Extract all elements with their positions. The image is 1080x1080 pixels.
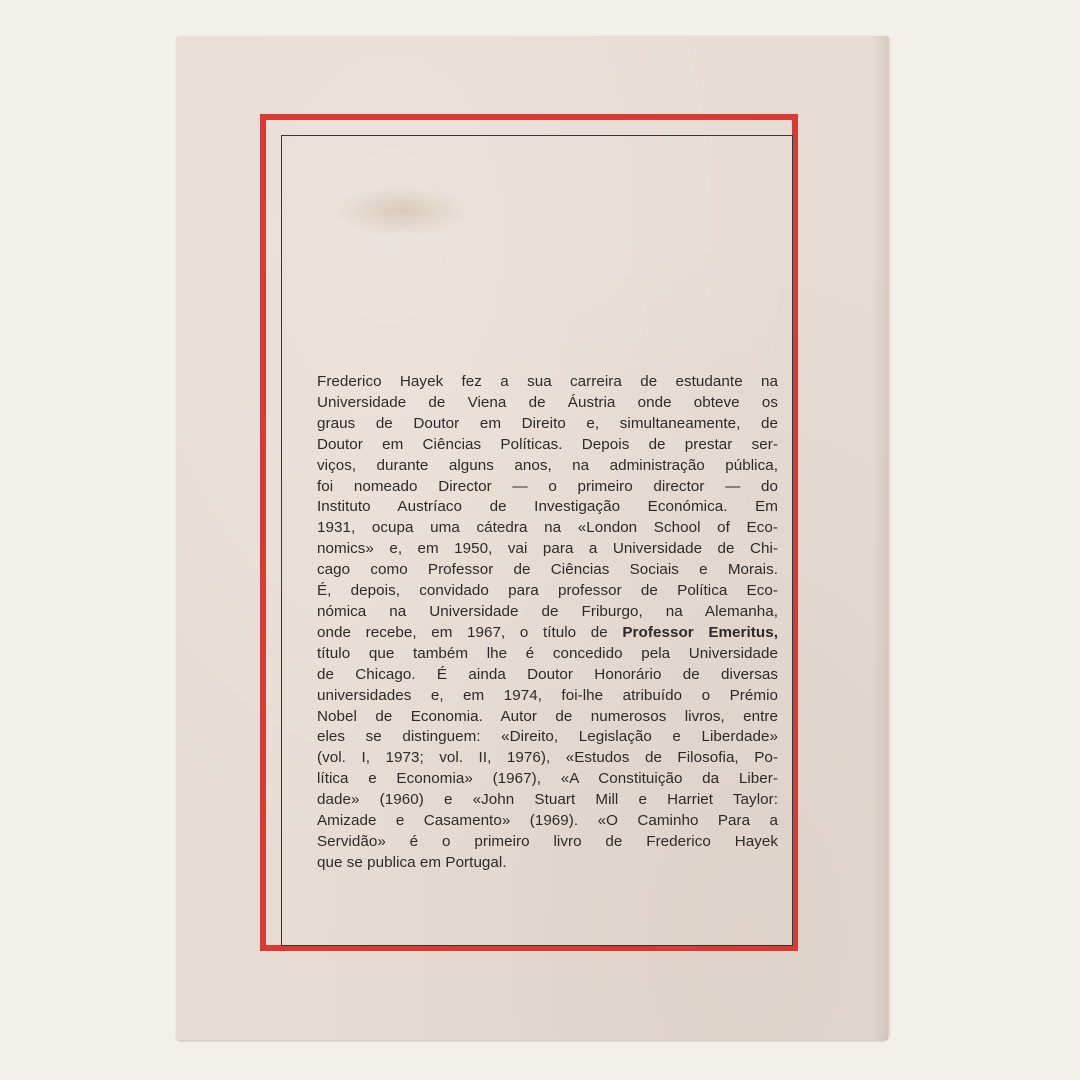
bio-line: É, depois, convidado para professor de P… <box>317 581 778 602</box>
bio-line: de Chicago. É ainda Doutor Honorário de … <box>317 665 778 686</box>
bio-line: (vol. I, 1973; vol. II, 1976), «Estudos … <box>317 748 778 769</box>
bio-line: dade» (1960) e «John Stuart Mill e Harri… <box>317 790 778 811</box>
bio-line: Doutor em Ciências Políticas. Depois de … <box>317 435 778 456</box>
bio-line: Amizade e Casamento» (1969). «O Caminho … <box>317 811 778 832</box>
bio-line-with-bold: onde recebe, em 1967, o título de Profes… <box>317 623 778 644</box>
bio-line: nómica na Universidade de Friburgo, na A… <box>317 602 778 623</box>
bio-line: graus de Doutor em Direito e, simultanea… <box>317 414 778 435</box>
bio-line: Frederico Hayek fez a sua carreira de es… <box>317 372 778 393</box>
bio-line: 1931, ocupa uma cátedra na «London Schoo… <box>317 518 778 539</box>
bio-line: cago como Professor de Ciências Sociais … <box>317 560 778 581</box>
bio-line: eles se distinguem: «Direito, Legislação… <box>317 727 778 748</box>
bio-line: que se publica em Portugal. <box>317 853 778 874</box>
bio-line: viços, durante alguns anos, na administr… <box>317 456 778 477</box>
bio-line: nomics» e, em 1950, vai para a Universid… <box>317 539 778 560</box>
bio-line: foi nomeado Director — o primeiro direct… <box>317 477 778 498</box>
bio-line: universidades e, em 1974, foi-lhe atribu… <box>317 686 778 707</box>
bold-title: Professor Emeritus, <box>622 624 778 641</box>
bio-line: título que também lhe é concedido pela U… <box>317 644 778 665</box>
bio-line: Servidão» é o primeiro livro de Frederic… <box>317 832 778 853</box>
bio-line: Universidade de Viena de Áustria onde ob… <box>317 393 778 414</box>
bio-line: lítica e Economia» (1967), «A Constituiç… <box>317 769 778 790</box>
bio-line: Nobel de Economia. Autor de numerosos li… <box>317 707 778 728</box>
bio-line: Instituto Austríaco de Investigação Econ… <box>317 497 778 518</box>
author-biography: Frederico Hayek fez a sua carreira de es… <box>317 372 778 874</box>
book-back-cover: Frederico Hayek fez a sua carreira de es… <box>176 36 888 1040</box>
bio-text: onde recebe, em 1967, o título de <box>317 624 622 641</box>
